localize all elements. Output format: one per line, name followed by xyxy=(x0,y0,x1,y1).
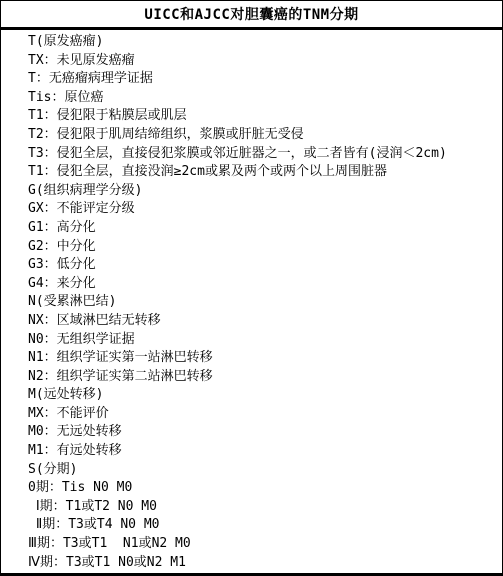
staging-item: G4：来分化 xyxy=(28,275,502,294)
staging-item: T3：侵犯全层，直接侵犯浆膜或邻近脏器之一，或二者皆有(浸润＜2cm) xyxy=(28,145,502,164)
staging-item: GX：不能评定分级 xyxy=(28,200,502,219)
staging-item: TX：未见原发癌瘤 xyxy=(28,52,502,71)
staging-item: Ⅲ期：T3或T1 N1或N2 M0 xyxy=(28,535,502,554)
staging-item: M0：无远处转移 xyxy=(28,423,502,442)
table-body: T(原发癌瘤) TX：未见原发癌瘤 T：无癌瘤病理学证据 Tis：原位癌 T1：… xyxy=(1,30,502,572)
staging-item: T1：侵犯限于粘膜层或肌层 xyxy=(28,107,502,126)
staging-item: T1：侵犯全层，直接没润≥2cm或累及两个或两个以上周围脏器 xyxy=(28,163,502,182)
section-header-m: M(远处转移) xyxy=(28,386,502,405)
table-title: UICC和AJCC对胆囊癌的TNM分期 xyxy=(1,1,502,24)
staging-item: Ⅰ期：T1或T2 N0 M0 xyxy=(28,498,502,517)
section-header-t: T(原发癌瘤) xyxy=(28,33,502,52)
staging-item: MX：不能评价 xyxy=(28,405,502,424)
staging-item: N2：组织学证实第二站淋巴转移 xyxy=(28,368,502,387)
staging-item: NX：区域淋巴结无转移 xyxy=(28,312,502,331)
staging-item: T2：侵犯限于肌周结缔组织，浆膜或肝脏无受侵 xyxy=(28,126,502,145)
staging-item: M1：有远处转移 xyxy=(28,442,502,461)
section-header-n: N(受累淋巴结) xyxy=(28,293,502,312)
staging-item: T：无癌瘤病理学证据 xyxy=(28,70,502,89)
staging-item: G2：中分化 xyxy=(28,238,502,257)
staging-item: Tis：原位癌 xyxy=(28,89,502,108)
staging-item: Ⅳ期：T3或T1 N0或N2 M1 xyxy=(28,554,502,573)
staging-item: N1：组织学证实第一站淋巴转移 xyxy=(28,349,502,368)
staging-item: N0：无组织学证据 xyxy=(28,331,502,350)
staging-item: G1：高分化 xyxy=(28,219,502,238)
section-header-s: S(分期) xyxy=(28,461,502,480)
staging-item: Ⅱ期：T3或T4 N0 M0 xyxy=(28,516,502,535)
staging-item: 0期：Tis N0 M0 xyxy=(28,479,502,498)
section-header-g: G(组织病理学分级) xyxy=(28,182,502,201)
staging-item: G3：低分化 xyxy=(28,256,502,275)
staging-table: UICC和AJCC对胆囊癌的TNM分期 T(原发癌瘤) TX：未见原发癌瘤 T：… xyxy=(0,0,503,576)
